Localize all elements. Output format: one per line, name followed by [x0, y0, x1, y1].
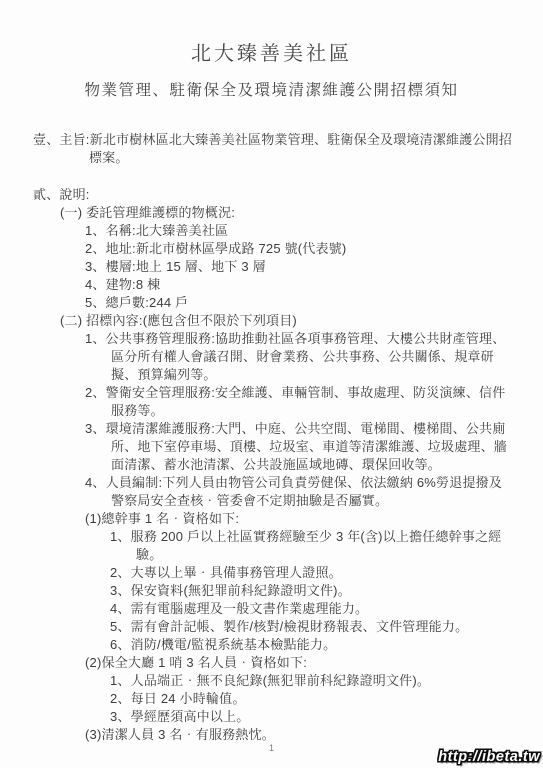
document-page: 北大臻善美社區 物業管理、駐衛保全及環境清潔維護公開招標須知 壹、主旨:新北市樹… — [0, 0, 543, 768]
line-text: 大專以上畢‧具備事務管理人證照。 — [131, 565, 342, 580]
doc-line: (2)保全大廳 1 哨 3 名人員‧資格如下: — [85, 654, 513, 672]
doc-line: 1、名稱:北大臻善美社區 — [85, 222, 513, 240]
line-marker: 3、 — [85, 259, 106, 274]
doc-line: 1、公共事務管理服務:協助推動社區各項事務管理、大樓公共財產管理、區分所有權人會… — [85, 330, 513, 384]
line-marker: 1、 — [85, 331, 106, 346]
line-marker: 2、 — [110, 691, 131, 706]
doc-header: 北大臻善美社區 物業管理、駐衛保全及環境清潔維護公開招標須知 — [0, 0, 543, 100]
line-text: 保安資料(無犯罪前科紀錄證明文件)。 — [131, 583, 351, 598]
doc-line: 5、需有會計記帳、製作/核對/檢視財務報表、文件管理能力。 — [110, 618, 513, 636]
line-text: 每日 24 小時輪值。 — [131, 691, 246, 706]
line-marker: (2) — [85, 655, 102, 670]
line-text: 需有電腦處理及一般文書作業處理能力。 — [131, 601, 369, 616]
line-text: 名稱:北大臻善美社區 — [106, 223, 229, 238]
line-marker: 3、 — [110, 709, 131, 724]
line-text: 警衛安全管理服務:安全維護、車輛管制、事故處理、防災演練、信件服務等。 — [106, 385, 506, 418]
line-marker: 2、 — [85, 241, 106, 256]
line-text: 人品端正‧無不良紀錄(無犯罪前科紀錄證明文件)。 — [131, 673, 430, 688]
doc-line: 4、人員編制:下列人員由物管公司負責勞健保、依法繳納 6%勞退提撥及警察局安全查… — [85, 474, 513, 510]
doc-line: 3、樓層:地上 15 層、地下 3 層 — [85, 258, 513, 276]
doc-line: 3、學經歷須高中以上。 — [110, 708, 513, 726]
line-text: 委託管理維護標的物概況: — [86, 205, 235, 220]
doc-line: 2、地址:新北市樹林區學成路 725 號(代表號) — [85, 240, 513, 258]
line-marker: (一) — [60, 205, 86, 220]
doc-line: 2、警衛安全管理服務:安全維護、車輛管制、事故處理、防災演練、信件服務等。 — [85, 384, 513, 420]
line-text: 環境清潔維護服務:大門、中庭、公共空間、電梯間、樓梯間、公共廁所、地下室停車場、… — [106, 421, 507, 472]
line-text: 新北市樹林區北大臻善美社區物業管理、駐衛保全及環境清潔維護公開招標案。 — [89, 132, 512, 165]
line-marker: 6、 — [110, 637, 131, 652]
line-text: 地址:新北市樹林區學成路 725 號(代表號) — [106, 241, 347, 256]
line-marker: 3、 — [85, 421, 106, 436]
line-text: 人員編制:下列人員由物管公司負責勞健保、依法繳納 6%勞退提撥及警察局安全查核‧… — [106, 475, 502, 508]
doc-line: 4、建物:8 棟 — [85, 276, 513, 294]
line-text: 樓層:地上 15 層、地下 3 層 — [106, 259, 266, 274]
line-text: 清潔人員 3 名‧有服務熱忱。 — [102, 727, 275, 742]
line-text: 公共事務管理服務:協助推動社區各項事務管理、大樓公共財產管理、區分所有權人會議召… — [106, 331, 506, 382]
doc-body: 壹、主旨:新北市樹林區北大臻善美社區物業管理、駐衛保全及環境清潔維護公開招標案。… — [0, 100, 543, 744]
line-marker: 1、 — [110, 673, 131, 688]
doc-title: 北大臻善美社區 — [0, 37, 543, 66]
doc-line: 3、保安資料(無犯罪前科紀錄證明文件)。 — [110, 582, 513, 600]
line-marker: (3) — [85, 727, 102, 742]
doc-line: 3、環境清潔維護服務:大門、中庭、公共空間、電梯間、樓梯間、公共廁所、地下室停車… — [85, 420, 513, 474]
line-marker: (1) — [85, 511, 102, 526]
line-marker: 1、 — [85, 223, 106, 238]
line-text: 說明: — [59, 187, 89, 202]
line-text: 需有會計記帳、製作/核對/檢視財務報表、文件管理能力。 — [131, 619, 469, 634]
doc-subtitle: 物業管理、駐衛保全及環境清潔維護公開招標須知 — [0, 78, 543, 100]
doc-line: 5、總戶數:244 戶 — [85, 294, 513, 312]
line-text: 招標內容:(應包含但不限於下列項目) — [86, 313, 297, 328]
line-text: 學經歷須高中以上。 — [131, 709, 250, 724]
line-marker: 2、 — [110, 565, 131, 580]
line-text: 服務 200 戶以上社區實務經驗至少 3 年(含)以上擔任總幹事之經驗。 — [131, 529, 502, 562]
doc-line: (二) 招標內容:(應包含但不限於下列項目) — [60, 312, 513, 330]
line-marker: 3、 — [110, 583, 131, 598]
doc-line-explain: 貳、說明: — [33, 186, 513, 204]
line-text: 總幹事 1 名‧資格如下: — [102, 511, 240, 526]
line-marker: 4、 — [85, 475, 106, 490]
doc-line: 1、人品端正‧無不良紀錄(無犯罪前科紀錄證明文件)。 — [110, 672, 513, 690]
line-marker: 4、 — [85, 277, 106, 292]
line-marker: 4、 — [110, 601, 131, 616]
watermark-logo: http://ibeta.tw — [438, 749, 540, 765]
line-marker: 5、 — [85, 295, 106, 310]
doc-line: 4、需有電腦處理及一般文書作業處理能力。 — [110, 600, 513, 618]
line-text: 消防/機電/監視系統基本檢點能力。 — [131, 637, 337, 652]
line-text: 建物:8 棟 — [106, 277, 161, 292]
line-marker: 5、 — [110, 619, 131, 634]
doc-line: 2、每日 24 小時輪值。 — [110, 690, 513, 708]
line-marker: (二) — [60, 313, 86, 328]
doc-line: 2、大專以上畢‧具備事務管理人證照。 — [110, 564, 513, 582]
doc-line: (3)清潔人員 3 名‧有服務熱忱。 — [85, 726, 513, 744]
line-marker: 1、 — [110, 529, 131, 544]
line-marker: 壹、主旨: — [33, 132, 90, 147]
doc-line-subject: 壹、主旨:新北市樹林區北大臻善美社區物業管理、駐衛保全及環境清潔維護公開招標案。 — [33, 131, 513, 167]
line-text: 保全大廳 1 哨 3 名人員‧資格如下: — [102, 655, 308, 670]
line-text: 總戶數:244 戶 — [106, 295, 189, 310]
doc-line: 6、消防/機電/監視系統基本檢點能力。 — [110, 636, 513, 654]
doc-line: (1)總幹事 1 名‧資格如下: — [85, 510, 513, 528]
line-marker: 2、 — [85, 385, 106, 400]
doc-line: 1、服務 200 戶以上社區實務經驗至少 3 年(含)以上擔任總幹事之經驗。 — [110, 528, 513, 564]
doc-line: (一) 委託管理維護標的物概況: — [60, 204, 513, 222]
line-marker: 貳、 — [33, 187, 59, 202]
